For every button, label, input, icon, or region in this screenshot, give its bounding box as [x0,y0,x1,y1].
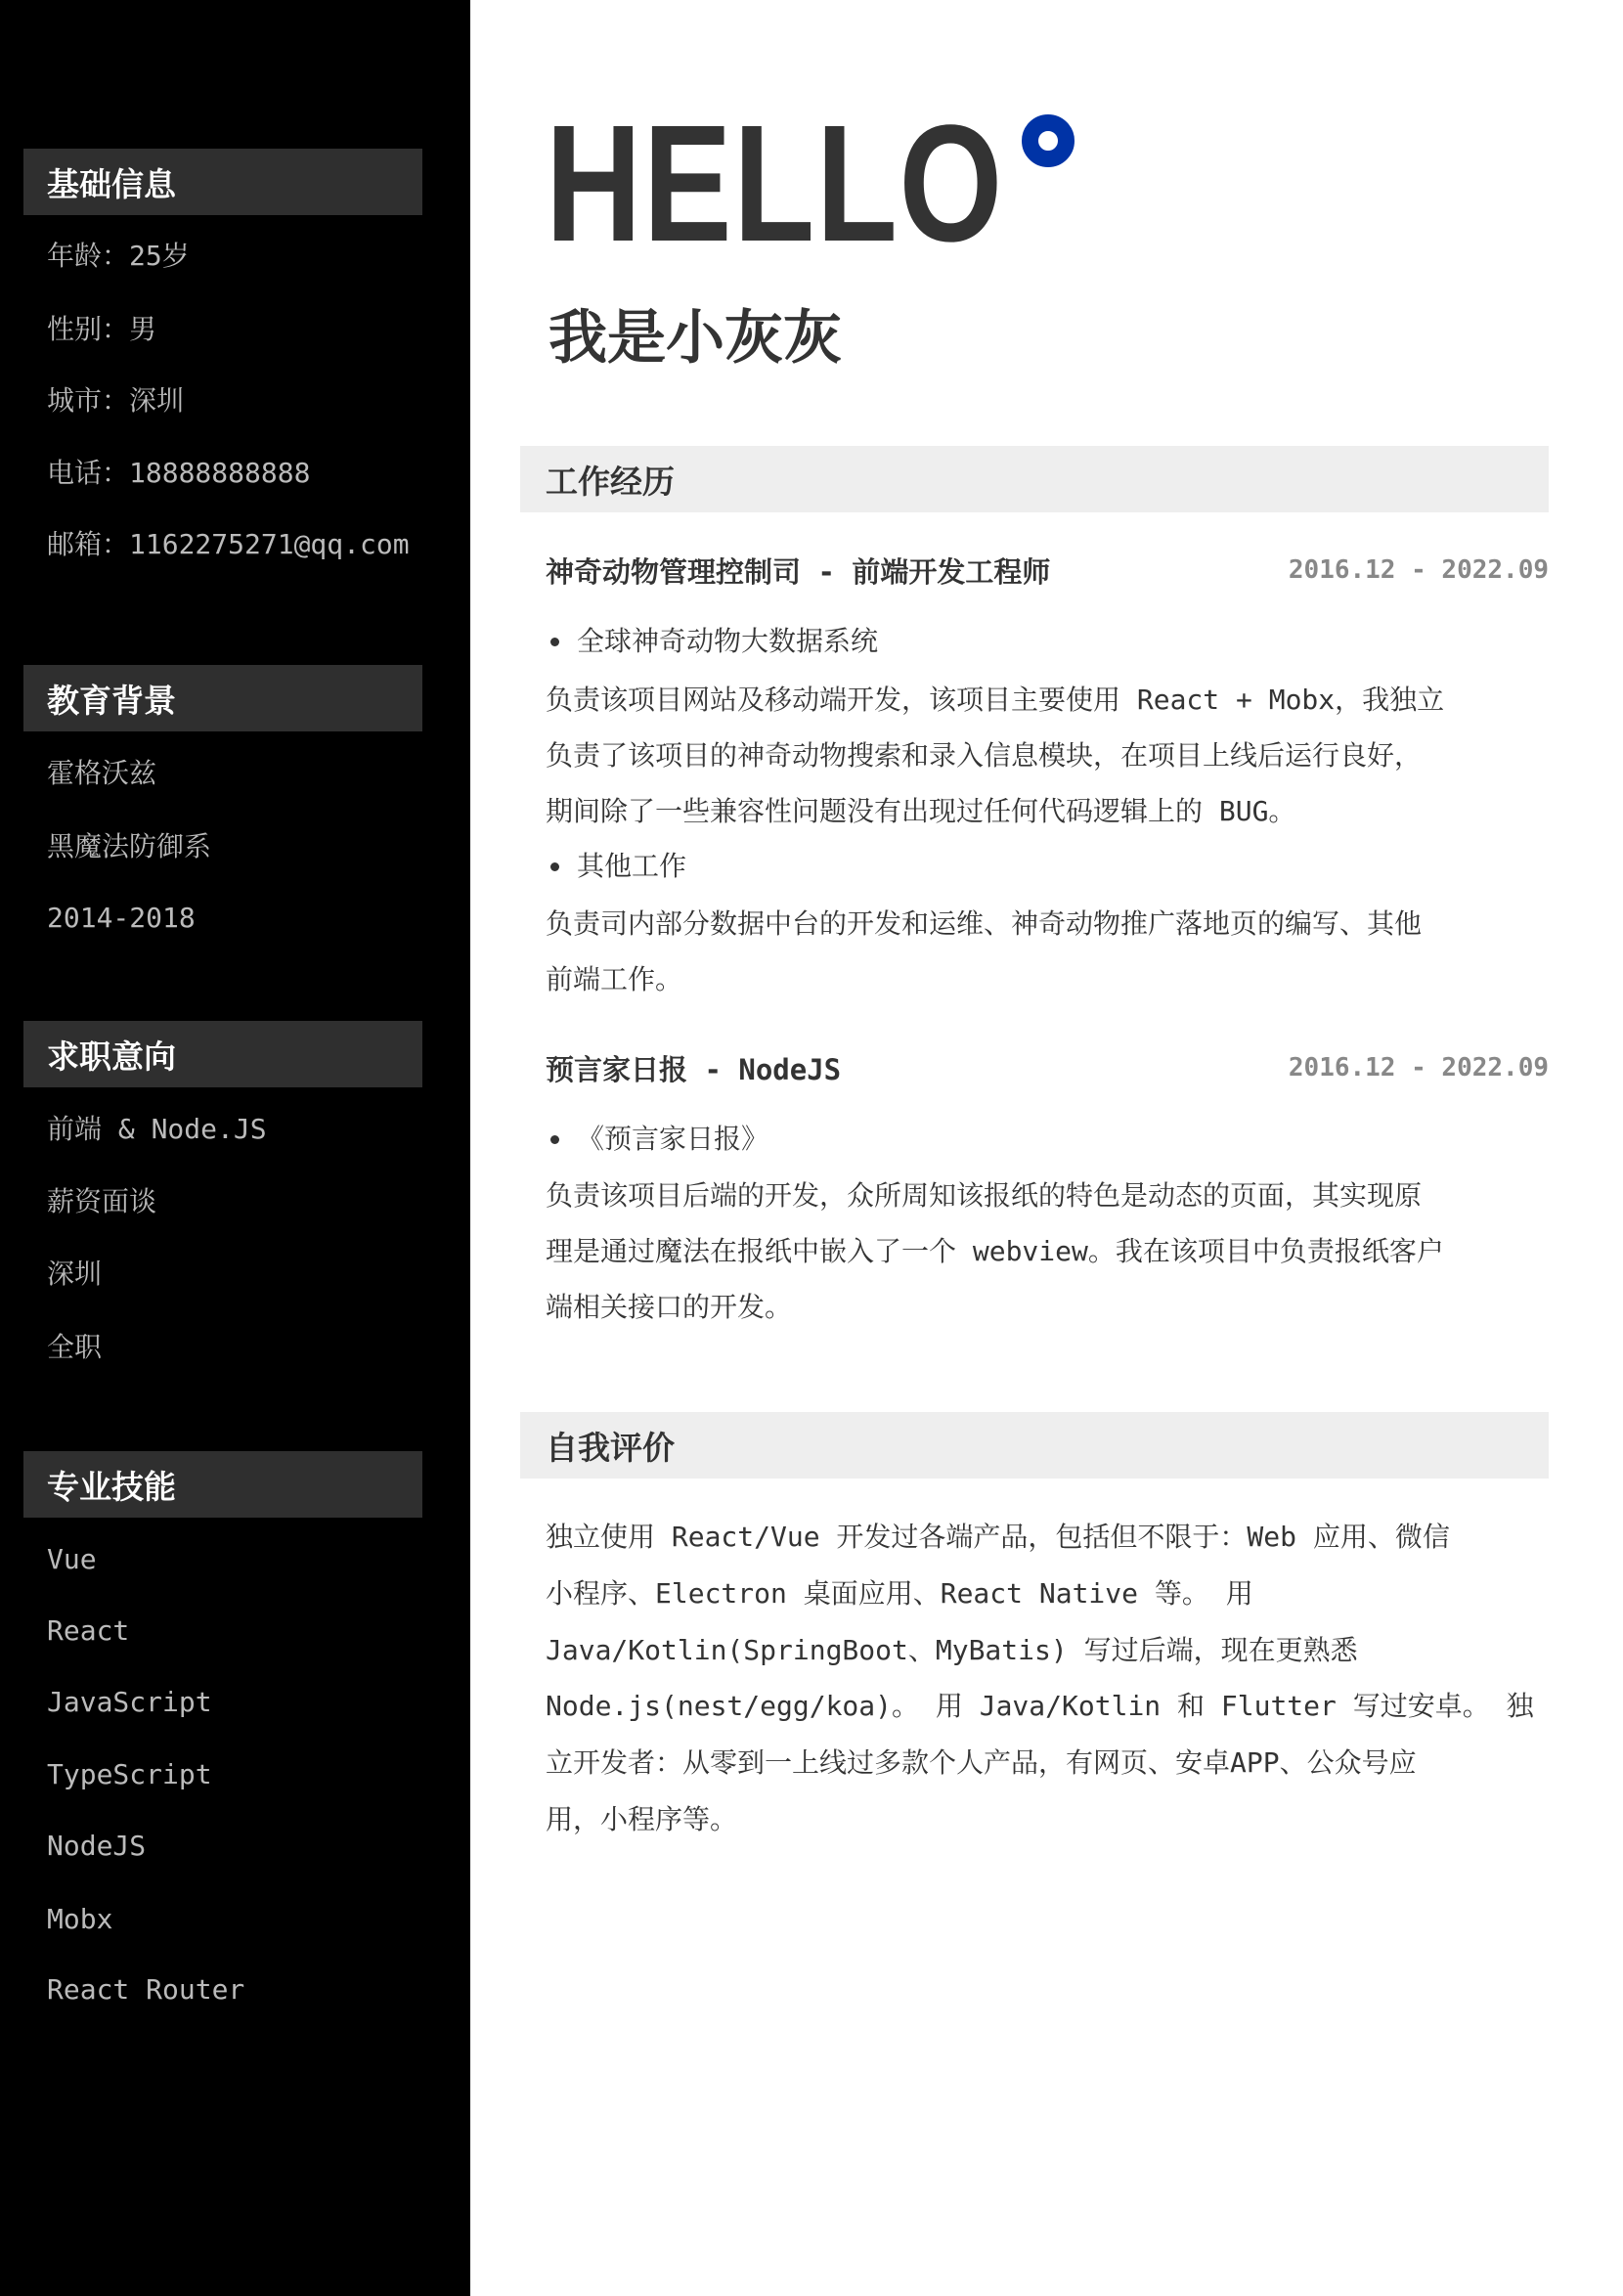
project-name: 全球神奇动物大数据系统 [577,620,878,663]
intention-type: 全职 [47,1328,102,1367]
bullet-icon [550,638,559,646]
education-years: 2014-2018 [47,899,196,938]
project-description-line: 负责了该项目的神奇动物搜索和录入信息模块，在项目上线后运行良好， [546,734,1422,777]
skill-item: TypeScript [47,1755,212,1794]
job-header: 预言家日报 - NodeJS 2016.12 - 2022.09 [546,1048,1549,1087]
basic-info-city: 城市：深圳 [47,381,184,420]
section-header-self-evaluation: 自我评价 [520,1412,1549,1479]
skill-item: NodeJS [47,1827,146,1866]
project-description-line: 前端工作。 [546,958,682,1001]
project-description-line: 负责该项目后端的开发，众所周知该报纸的特色是动态的页面，其实现原 [546,1174,1422,1217]
section-header-skills: 专业技能 [23,1451,422,1518]
page-title-name: 我是小灰灰 [548,303,842,374]
basic-info-gender: 性别：男 [47,310,156,349]
skill-item: Mobx [47,1900,112,1939]
project-description-line: 期间除了一些兼容性问题没有出现过任何代码逻辑上的 BUG。 [546,790,1295,833]
self-evaluation-line: 用，小程序等。 [546,1798,737,1841]
intention-city: 深圳 [47,1255,102,1294]
self-evaluation-line: 小程序、Electron 桌面应用、React Native 等。 用 [546,1572,1253,1615]
hello-heading: HELLO [546,86,1004,282]
project-description-line: 理是通过魔法在报纸中嵌入了一个 webview。我在该项目中负责报纸客户 [546,1230,1444,1273]
project-bullet: 其他工作 [546,845,686,888]
job-title: 神奇动物管理控制司 - 前端开发工程师 [546,551,1050,591]
section-header-education: 教育背景 [23,665,422,731]
job-title: 预言家日报 - NodeJS [546,1048,841,1088]
sidebar: 基础信息 年龄：25岁 性别：男 城市：深圳 电话：18888888888 邮箱… [0,0,470,2296]
project-bullet: 全球神奇动物大数据系统 [546,620,878,663]
intention-position: 前端 & Node.JS [47,1110,267,1149]
basic-info-age: 年龄：25岁 [47,237,190,276]
education-school: 霍格沃兹 [47,754,156,793]
self-evaluation-line: 独立使用 React/Vue 开发过各端产品，包括但不限于：Web 应用、微信 [546,1516,1450,1559]
accent-ring-icon [1022,114,1075,167]
education-major: 黑魔法防御系 [47,827,211,866]
skill-item: JavaScript [47,1683,212,1722]
section-header-job-intention: 求职意向 [23,1021,422,1087]
project-description-line: 负责该项目网站及移动端开发，该项目主要使用 React + Mobx，我独立 [546,679,1444,722]
project-bullet: 《预言家日报》 [546,1118,768,1161]
job-date: 2016.12 - 2022.09 [1289,1053,1549,1082]
intention-salary: 薪资面谈 [47,1182,156,1221]
skill-item: React [47,1612,129,1651]
project-description-line: 负责司内部分数据中台的开发和运维、神奇动物推广落地页的编写、其他 [546,903,1422,946]
section-header-basic-info: 基础信息 [23,149,422,215]
section-header-work-experience: 工作经历 [520,446,1549,512]
job-header: 神奇动物管理控制司 - 前端开发工程师 2016.12 - 2022.09 [546,551,1549,590]
bullet-icon [550,1135,559,1144]
project-description-line: 端相关接口的开发。 [546,1286,792,1329]
self-evaluation-line: 立开发者：从零到一上线过多款个人产品，有网页、安卓APP、公众号应 [546,1742,1417,1785]
basic-info-email: 邮箱：1162275271@qq.com [47,525,410,564]
bullet-icon [550,862,559,871]
self-evaluation-line: Node.js(nest/egg/koa)。 用 Java/Kotlin 和 F… [546,1685,1534,1728]
skill-item: React Router [47,1970,244,2009]
project-name: 《预言家日报》 [577,1118,768,1161]
job-date: 2016.12 - 2022.09 [1289,555,1549,585]
project-name: 其他工作 [577,845,686,888]
skill-item: Vue [47,1540,97,1579]
self-evaluation-line: Java/Kotlin(SpringBoot、MyBatis) 写过后端，现在更… [546,1629,1358,1672]
basic-info-phone: 电话：18888888888 [47,454,310,493]
